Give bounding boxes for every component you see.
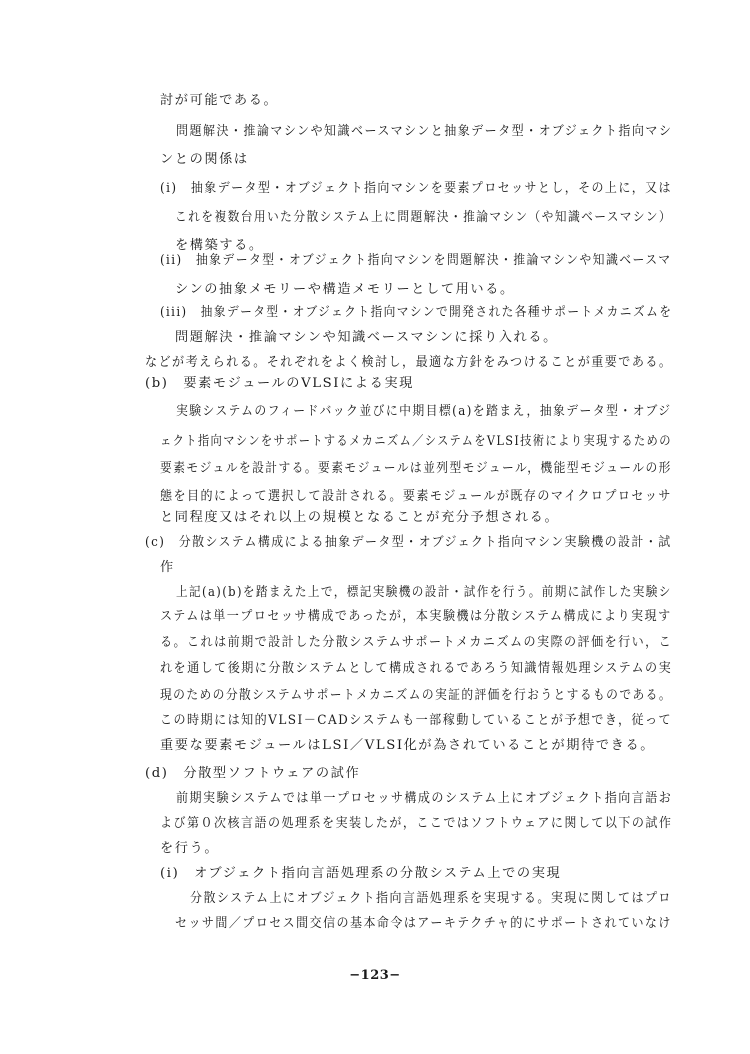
- text-line: (ii) 抽象データ型・オブジェクト指向マシンを問題解決・推論マシンや知識ベース…: [160, 253, 672, 269]
- text-line: 前期実験システムでは単一プロセッサ構成のシステム上にオブジェクト指向言語お: [176, 791, 672, 807]
- text-line: を構築する。: [175, 238, 264, 254]
- text-line: セッサ間／プロセス間交信の基本命令はアーキテクチャ的にサポートされていなけ: [175, 916, 672, 932]
- text-line: これを複数台用いた分散システム上に問題解決・推論マシン（や知識ベースマシン）: [175, 210, 672, 226]
- text-line: を行う。: [160, 841, 219, 857]
- text-line: などが考えられる。それぞれをよく検討し，最適な方針をみつけることが重要である。: [145, 355, 672, 371]
- text-line: 上記(a)(b)を踏まえた上で，標記実験機の設計・試作を行う。前期に試作した実験…: [176, 585, 672, 601]
- text-line: 討が可能である。: [160, 93, 278, 109]
- text-line: この時期には知的VLSI－CADシステムも一部稼動していることが予想でき，従って: [160, 713, 672, 729]
- text-line: と同程度又はそれ以上の規模となることが充分予想される。: [160, 510, 559, 526]
- text-line: 分散システム上にオブジェクト指向言語処理系を実現する。実現に関してはプロ: [190, 891, 672, 907]
- text-line: 実験システムのフィードバック並びに中期目標(a)を踏まえ，抽象データ型・オブジ: [176, 404, 672, 420]
- text-line: (b) 要素モジュールのVLSIによる実現: [145, 376, 414, 392]
- text-line: ンとの関係は: [160, 152, 249, 168]
- text-line: 問題解決・推論マシンや知識ベースマシンに採り入れる。: [175, 330, 558, 346]
- text-line: れを通して後期に分散システムとして構成されるであろう知識情報処理システムの実: [160, 661, 672, 677]
- text-line: る。これは前期で設計した分散システムサポートメカニズムの実際の評価を行い，こ: [160, 635, 672, 651]
- page-number: −123−: [0, 968, 750, 983]
- text-line: (iii) 抽象データ型・オブジェクト指向マシンで開発された各種サポートメカニズ…: [160, 305, 672, 321]
- text-line: よび第０次核言語の処理系を実装したが，ここではソフトウェアに関して以下の試作: [160, 816, 672, 832]
- text-line: 作: [160, 560, 175, 576]
- text-line: ステムは単一プロセッサ構成であったが，本実験機は分散システム構成により実現す: [160, 609, 672, 625]
- text-line: 態を目的によって選択して設計される。要素モジュールが既存のマイクロプロセッサ: [160, 489, 672, 505]
- text-line: (c) 分散システム構成による抽象データ型・オブジェクト指向マシン実験機の設計・…: [145, 535, 672, 551]
- text-line: ェクト指向マシンをサポートするメカニズム／システムをVLSI技術により実現するた…: [160, 434, 672, 450]
- text-line: (i) 抽象データ型・オブジェクト指向マシンを要素プロセッサとし，その上に，又は: [160, 181, 672, 197]
- text-line: (i) オブジェクト指向言語処理系の分散システム上での実現: [160, 866, 561, 882]
- text-line: 現のための分散システムサポートメカニズムの実証的評価を行おうとするものである。: [160, 688, 672, 704]
- text-line: 重要な要素モジュールはLSI／VLSI化が為されていることが期待できる。: [160, 738, 655, 754]
- text-line: 要素モジュルを設計する。要素モジュールは並列型モジュール，機能型モジュールの形: [160, 461, 672, 477]
- text-line: 問題解決・推論マシンや知識ベースマシンと抽象データ型・オブジェクト指向マシ: [176, 124, 672, 140]
- text-line: (d) 分散型ソフトウェアの試作: [145, 766, 360, 782]
- text-line: シンの抽象メモリーや構造メモリーとして用いる。: [175, 282, 515, 298]
